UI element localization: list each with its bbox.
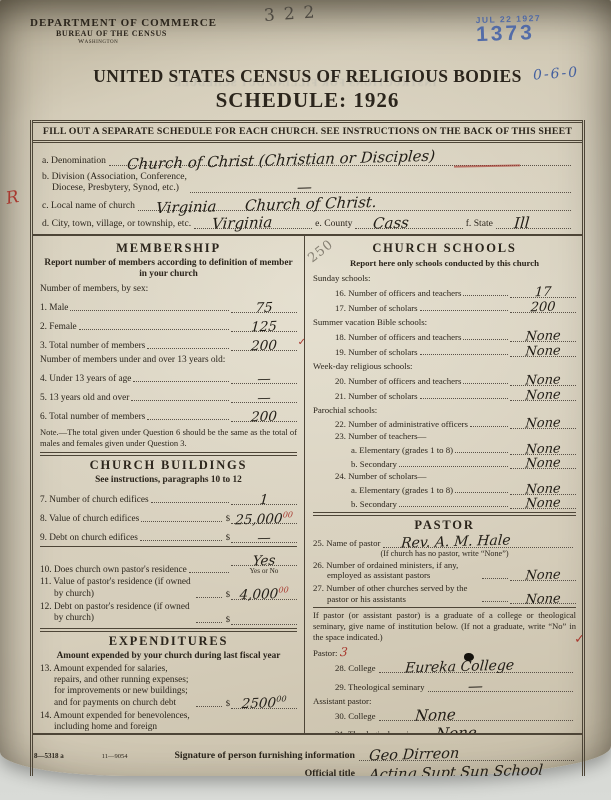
instructions-banner: FILL OUT A SEPARATE SCHEDULE FOR EACH CH…	[33, 120, 582, 143]
q25-value: Rev. A. M. Hale	[401, 534, 511, 550]
form-title: UNITED STATES CENSUS OF RELIGIOUS BODIES	[30, 66, 585, 87]
graduate-instructions: If pastor (or assistant pastor) is a gra…	[313, 610, 576, 643]
q16-row: 16. Number of officers and teachers 17	[313, 286, 576, 298]
two-column-area: MEMBERSHIP Report number of members acco…	[33, 236, 582, 733]
q18-row: 18. Number of officers and teachers None	[313, 330, 576, 342]
q10-answer-stack: Yes Yes or No	[231, 554, 297, 575]
form-body: FILL OUT A SEPARATE SCHEDULE FOR EACH CH…	[30, 120, 585, 776]
red-underline-mark	[454, 164, 520, 167]
q21-answer: None	[510, 389, 576, 401]
q26-answer: None	[510, 569, 576, 581]
q13-label: 13. Amount expended for salaries, repair…	[40, 664, 194, 709]
q20-label: 20. Number of officers and teachers	[335, 376, 461, 386]
q24a-value: None	[510, 483, 577, 497]
denomination-row: a. Denomination Church of Christ (Christ…	[42, 153, 574, 166]
form-page: INSTRUCTIONS FOR FILLING OUT SCHEDULE DE…	[0, 0, 611, 776]
q21-row: 21. Number of scholars None	[313, 389, 576, 401]
q7-answer: 1	[231, 493, 297, 505]
dotted-leader	[482, 601, 508, 602]
signature-value: Geo Dirreon	[369, 748, 460, 764]
q28-value: Eureka College	[404, 660, 514, 676]
q19-label: 19. Number of scholars	[335, 347, 418, 357]
q11-value: 4,00000	[230, 586, 297, 602]
local-name-value: Virginia Church of Christ.	[155, 195, 377, 215]
q23a-row: a. Elementary (grades 1 to 8) None	[313, 443, 576, 455]
q25-answer-line: Rev. A. M. Hale	[383, 535, 573, 548]
q21-value: None	[510, 389, 577, 403]
q10-value: Yes	[231, 554, 298, 568]
q31-value: None	[435, 726, 477, 733]
county-value: Cass	[373, 216, 410, 231]
dollar-sign: $	[226, 532, 230, 542]
q30-row: 30. College None	[313, 708, 576, 721]
dotted-leader	[141, 521, 222, 522]
expenditures-subtitle: Amount expended by your church during la…	[40, 651, 297, 662]
q7-value: 1	[231, 493, 298, 507]
q19-answer: None	[510, 345, 576, 357]
local-name-row: c. Local name of church Virginia Church …	[42, 198, 574, 211]
q7-label: 7. Number of church edifices	[40, 495, 149, 505]
q23a-value: None	[510, 443, 577, 457]
membership-subtitle: Report number of members according to de…	[40, 258, 297, 280]
dotted-leader	[399, 506, 508, 507]
dotted-leader	[463, 383, 508, 384]
dotted-leader	[140, 540, 222, 541]
q24b-answer: None	[510, 497, 576, 509]
division-row: b. Division (Association, Conference,Dio…	[42, 171, 574, 193]
form-code-right: 11—9054	[102, 753, 128, 760]
division-label-line1: b. Division (Association, Conference,	[42, 171, 187, 182]
division-value: —	[296, 180, 312, 194]
q5-label: 5. 13 years old and over	[40, 393, 129, 403]
state-answer-line: Ill	[496, 216, 571, 229]
q14-label: 14. Amount expended for benevolences, in…	[40, 711, 194, 733]
city-answer-line: Virginia	[194, 216, 312, 229]
division-label-line2: Diocese, Presbytery, Synod, etc.)	[42, 182, 179, 193]
dotted-leader	[196, 706, 222, 707]
dollar-sign: $	[226, 513, 230, 523]
q22-value: None	[510, 417, 577, 431]
q14-row: 14. Amount expended for benevolences, in…	[40, 711, 297, 733]
dotted-leader	[133, 381, 229, 382]
expenditures-title: EXPENDITURES	[40, 634, 297, 649]
membership-title: MEMBERSHIP	[40, 241, 297, 256]
received-stamp: JUL 22 1927 1373	[475, 13, 542, 47]
q22-row: 22. Number of administrative officers No…	[313, 417, 576, 429]
q23-heading: 23. Number of teachers—	[313, 431, 576, 441]
county-label: e. County	[315, 218, 352, 229]
q17-label: 17. Number of scholars	[335, 303, 418, 313]
schools-title: CHURCH SCHOOLS	[313, 241, 576, 256]
q18-value: None	[510, 330, 577, 344]
pastor-title: PASTOR	[313, 518, 576, 533]
dotted-leader	[455, 492, 508, 493]
blue-tally-code: 0-6-0	[532, 66, 579, 82]
q27-answer: None	[510, 592, 576, 604]
q11-label: 11. Value of pastor's residence (if owne…	[40, 577, 194, 600]
q23a-answer: None	[510, 443, 576, 455]
official-title-line: Acting Supt Sun School	[359, 766, 574, 776]
q4-label: 4. Under 13 years of age	[40, 374, 131, 384]
state-value: Ill	[513, 216, 530, 230]
double-rule	[40, 628, 297, 632]
q24a-answer: None	[510, 483, 576, 495]
official-title-value: Acting Supt Sun School	[369, 765, 544, 776]
print-codes: 8—5318 a11—9054	[34, 752, 128, 760]
q18-label: 18. Number of officers and teachers	[335, 332, 461, 342]
q13-value: 250000	[230, 695, 297, 711]
q21-label: 21. Number of scholars	[335, 391, 418, 401]
q26-label: 26. Number of ordained ministers, if any…	[313, 560, 480, 581]
q12-answer	[231, 613, 297, 625]
q16-label: 16. Number of officers and teachers	[335, 288, 461, 298]
q17-answer: 200	[510, 301, 576, 313]
right-column: 250 CHURCH SCHOOLS Report here only scho…	[305, 236, 582, 733]
q30-answer-line: None	[379, 708, 573, 721]
q10-row: 10. Does church own pastor's residence Y…	[40, 554, 297, 575]
q26-row: 26. Number of ordained ministers, if any…	[313, 560, 576, 581]
dotted-leader	[147, 419, 229, 420]
q1-value: 75	[231, 301, 298, 315]
official-title-row: Official title Acting Supt Sun School	[41, 766, 574, 776]
q20-answer: None	[510, 374, 576, 386]
q27-row: 27. Number of other churches served by t…	[313, 583, 576, 604]
dotted-leader	[420, 398, 508, 399]
q2-answer: 125	[231, 320, 297, 332]
q23b-label: b. Secondary	[351, 459, 397, 469]
county-answer-line: Cass	[355, 216, 462, 229]
dotted-leader	[70, 310, 229, 311]
q6-row: 6. Total number of members 200	[40, 410, 297, 422]
q6-value: 200	[231, 410, 298, 424]
q27-value: None	[510, 593, 577, 607]
q23b-value: None	[510, 457, 577, 471]
q1-row: 1. Male 75	[40, 301, 297, 313]
q19-value: None	[510, 345, 577, 359]
q8-answer: 25,00000	[231, 512, 297, 524]
q3-answer: 200✓	[231, 339, 297, 351]
q29-row: 29. Theological seminary —	[313, 679, 576, 692]
dotted-leader	[420, 310, 508, 311]
q13-answer: 250000	[231, 697, 297, 709]
division-answer-line: —	[190, 180, 571, 193]
q3-row: 3. Total number of members 200✓	[40, 339, 297, 351]
dotted-leader	[196, 597, 222, 598]
q23b-answer: None	[510, 457, 576, 469]
denomination-value: Church of Christ (Christian or Disciples…	[126, 149, 435, 171]
schedule-year-title: SCHEDULE: 1926	[30, 88, 585, 113]
dotted-leader	[463, 295, 508, 296]
schools-subtitle: Report here only schools conducted by th…	[313, 258, 576, 269]
q25-label: 25. Name of pastor	[313, 538, 380, 548]
q3-value: 200	[231, 339, 298, 353]
dotted-leader	[189, 572, 229, 573]
q28-row: 28. College Eureka College	[313, 660, 576, 673]
membership-note: Note.—The total given under Question 6 s…	[40, 427, 297, 449]
q24b-value: None	[510, 497, 577, 511]
q12-row: 12. Debt on pastor's residence (if owned…	[40, 602, 297, 625]
pastor-subheading-label: Pastor:	[313, 648, 337, 658]
q5-answer: —	[231, 391, 297, 403]
church-identity-section: a. Denomination Church of Christ (Christ…	[33, 143, 582, 234]
q2-label: 2. Female	[40, 322, 77, 332]
q5-row: 5. 13 years old and over —	[40, 391, 297, 403]
local-name-label: c. Local name of church	[42, 200, 135, 211]
q22-answer: None	[510, 417, 576, 429]
dotted-leader	[463, 339, 508, 340]
form-code-left: 8—5318 a	[34, 752, 64, 760]
sunday-schools-heading: Sunday schools:	[313, 273, 576, 283]
q29-value: —	[468, 679, 484, 693]
dollar-sign: $	[226, 589, 230, 599]
double-rule	[40, 452, 297, 456]
q28-label: 28. College	[335, 663, 376, 673]
q30-value: None	[414, 708, 456, 723]
dotted-leader	[79, 329, 229, 330]
dotted-leader	[151, 502, 229, 503]
form-header: DEPARTMENT OF COMMERCE BUREAU OF THE CEN…	[30, 8, 585, 58]
q6-label: 6. Total number of members	[40, 412, 145, 422]
city-value: Virginia	[212, 216, 273, 231]
q2-value: 125	[231, 320, 298, 334]
ink-blot	[464, 653, 474, 661]
q5-value: —	[231, 391, 298, 405]
weekday-schools-heading: Week-day religious schools:	[313, 361, 576, 371]
stamp-serial-number: 1373	[475, 21, 541, 47]
pastor-subheading: Pastor: 3	[313, 647, 576, 658]
q12-label: 12. Debt on pastor's residence (if owned…	[40, 602, 194, 625]
q25-row: 25. Name of pastor Rev. A. M. Hale	[313, 535, 576, 548]
local-name-answer-line: Virginia Church of Christ.	[138, 198, 571, 211]
parochial-schools-heading: Parochial schools:	[313, 405, 576, 415]
dollar-sign: $	[226, 698, 230, 708]
q24a-row: a. Elementary (grades 1 to 8) None	[313, 483, 576, 495]
q1-answer: 75	[231, 301, 297, 313]
q6-answer: 200	[231, 410, 297, 422]
dollar-sign: $	[226, 614, 230, 624]
denomination-label: a. Denomination	[42, 155, 106, 166]
dotted-leader	[147, 348, 229, 349]
division-label: b. Division (Association, Conference,Dio…	[42, 171, 187, 193]
q9-value: —	[231, 531, 298, 545]
q24a-label: a. Elementary (grades 1 to 8)	[351, 485, 453, 495]
city-county-state-row: d. City, town, village, or township, etc…	[42, 216, 574, 229]
q29-answer-line: —	[428, 679, 574, 692]
buildings-title: CHURCH BUILDINGS	[40, 458, 297, 473]
q1-label: 1. Male	[40, 303, 68, 313]
q8-label: 8. Value of church edifices	[40, 514, 139, 524]
q4-row: 4. Under 13 years of age —	[40, 372, 297, 384]
q18-answer: None	[510, 330, 576, 342]
q30-label: 30. College	[335, 711, 376, 721]
q17-value: 200	[510, 301, 577, 315]
q17-row: 17. Number of scholars 200	[313, 301, 576, 313]
q16-answer: 17	[510, 286, 576, 298]
q19-row: 19. Number of scholars None	[313, 345, 576, 357]
q26-value: None	[510, 569, 577, 583]
q29-label: 29. Theological seminary	[313, 682, 425, 692]
dotted-leader	[482, 578, 508, 579]
double-rule	[313, 512, 576, 516]
official-title-label: Official title	[305, 768, 355, 776]
q13-row: 13. Amount expended for salaries, repair…	[40, 664, 297, 709]
dotted-leader	[420, 354, 508, 355]
red-check-mark: ✓	[574, 631, 582, 647]
signature-line: Geo Dirreon	[359, 748, 574, 761]
q23b-row: b. Secondary None	[313, 457, 576, 469]
q2-row: 2. Female 125	[40, 320, 297, 332]
q10-answer: Yes	[231, 554, 297, 566]
by-sex-heading: Number of members, by sex:	[40, 284, 297, 294]
q9-answer: —	[231, 531, 297, 543]
summer-schools-heading: Summer vacation Bible schools:	[313, 317, 576, 327]
dotted-leader	[399, 466, 508, 467]
q11-row: 11. Value of pastor's residence (if owne…	[40, 577, 297, 600]
city-label: d. City, town, village, or township, etc…	[42, 218, 191, 229]
q28-answer-line: Eureka College	[379, 660, 573, 673]
q24b-label: b. Secondary	[351, 499, 397, 509]
left-column: MEMBERSHIP Report number of members acco…	[33, 236, 305, 733]
q23a-label: a. Elementary (grades 1 to 8)	[351, 445, 453, 455]
state-label: f. State	[466, 218, 493, 229]
q11-answer: 4,00000	[231, 588, 297, 600]
q31-row: 31. Theological seminary None	[313, 726, 576, 733]
thin-rule	[313, 607, 576, 608]
signature-label: Signature of person furnishing informati…	[174, 750, 355, 761]
q24-heading: 24. Number of scholars—	[313, 471, 576, 481]
assistant-pastor-heading: Assistant pastor:	[313, 696, 576, 706]
dotted-leader	[455, 452, 508, 453]
q7-row: 7. Number of church edifices 1	[40, 493, 297, 505]
penciled-schedule-number: 322	[263, 2, 324, 26]
q4-answer: —	[231, 372, 297, 384]
q10-label: 10. Does church own pastor's residence	[40, 565, 187, 575]
dotted-leader	[470, 426, 508, 427]
dotted-leader	[131, 400, 229, 401]
q3-label: 3. Total number of members	[40, 341, 145, 351]
q4-value: —	[231, 372, 298, 386]
q16-value: 17	[510, 286, 577, 300]
q27-label: 27. Number of other churches served by t…	[313, 583, 480, 604]
q20-row: 20. Number of officers and teachers None	[313, 374, 576, 386]
q20-value: None	[510, 374, 577, 388]
red-margin-mark: R	[4, 187, 20, 209]
q22-label: 22. Number of administrative officers	[335, 419, 468, 429]
q9-label: 9. Debt on church edifices	[40, 533, 138, 543]
q31-answer-line: None	[428, 726, 574, 733]
buildings-subtitle: See instructions, paragraphs 10 to 12	[40, 475, 297, 486]
q9-row: 9. Debt on church edifices $ —	[40, 531, 297, 543]
q8-value: 25,00000	[230, 511, 297, 527]
q24b-row: b. Secondary None	[313, 497, 576, 509]
dotted-leader	[196, 622, 222, 623]
under-over-heading: Number of members under and over 13 year…	[40, 355, 297, 365]
q12-value	[231, 625, 297, 627]
q8-row: 8. Value of church edifices $ 25,00000	[40, 512, 297, 524]
thin-rule	[40, 546, 297, 547]
red-pencil-three: 3	[339, 647, 347, 658]
